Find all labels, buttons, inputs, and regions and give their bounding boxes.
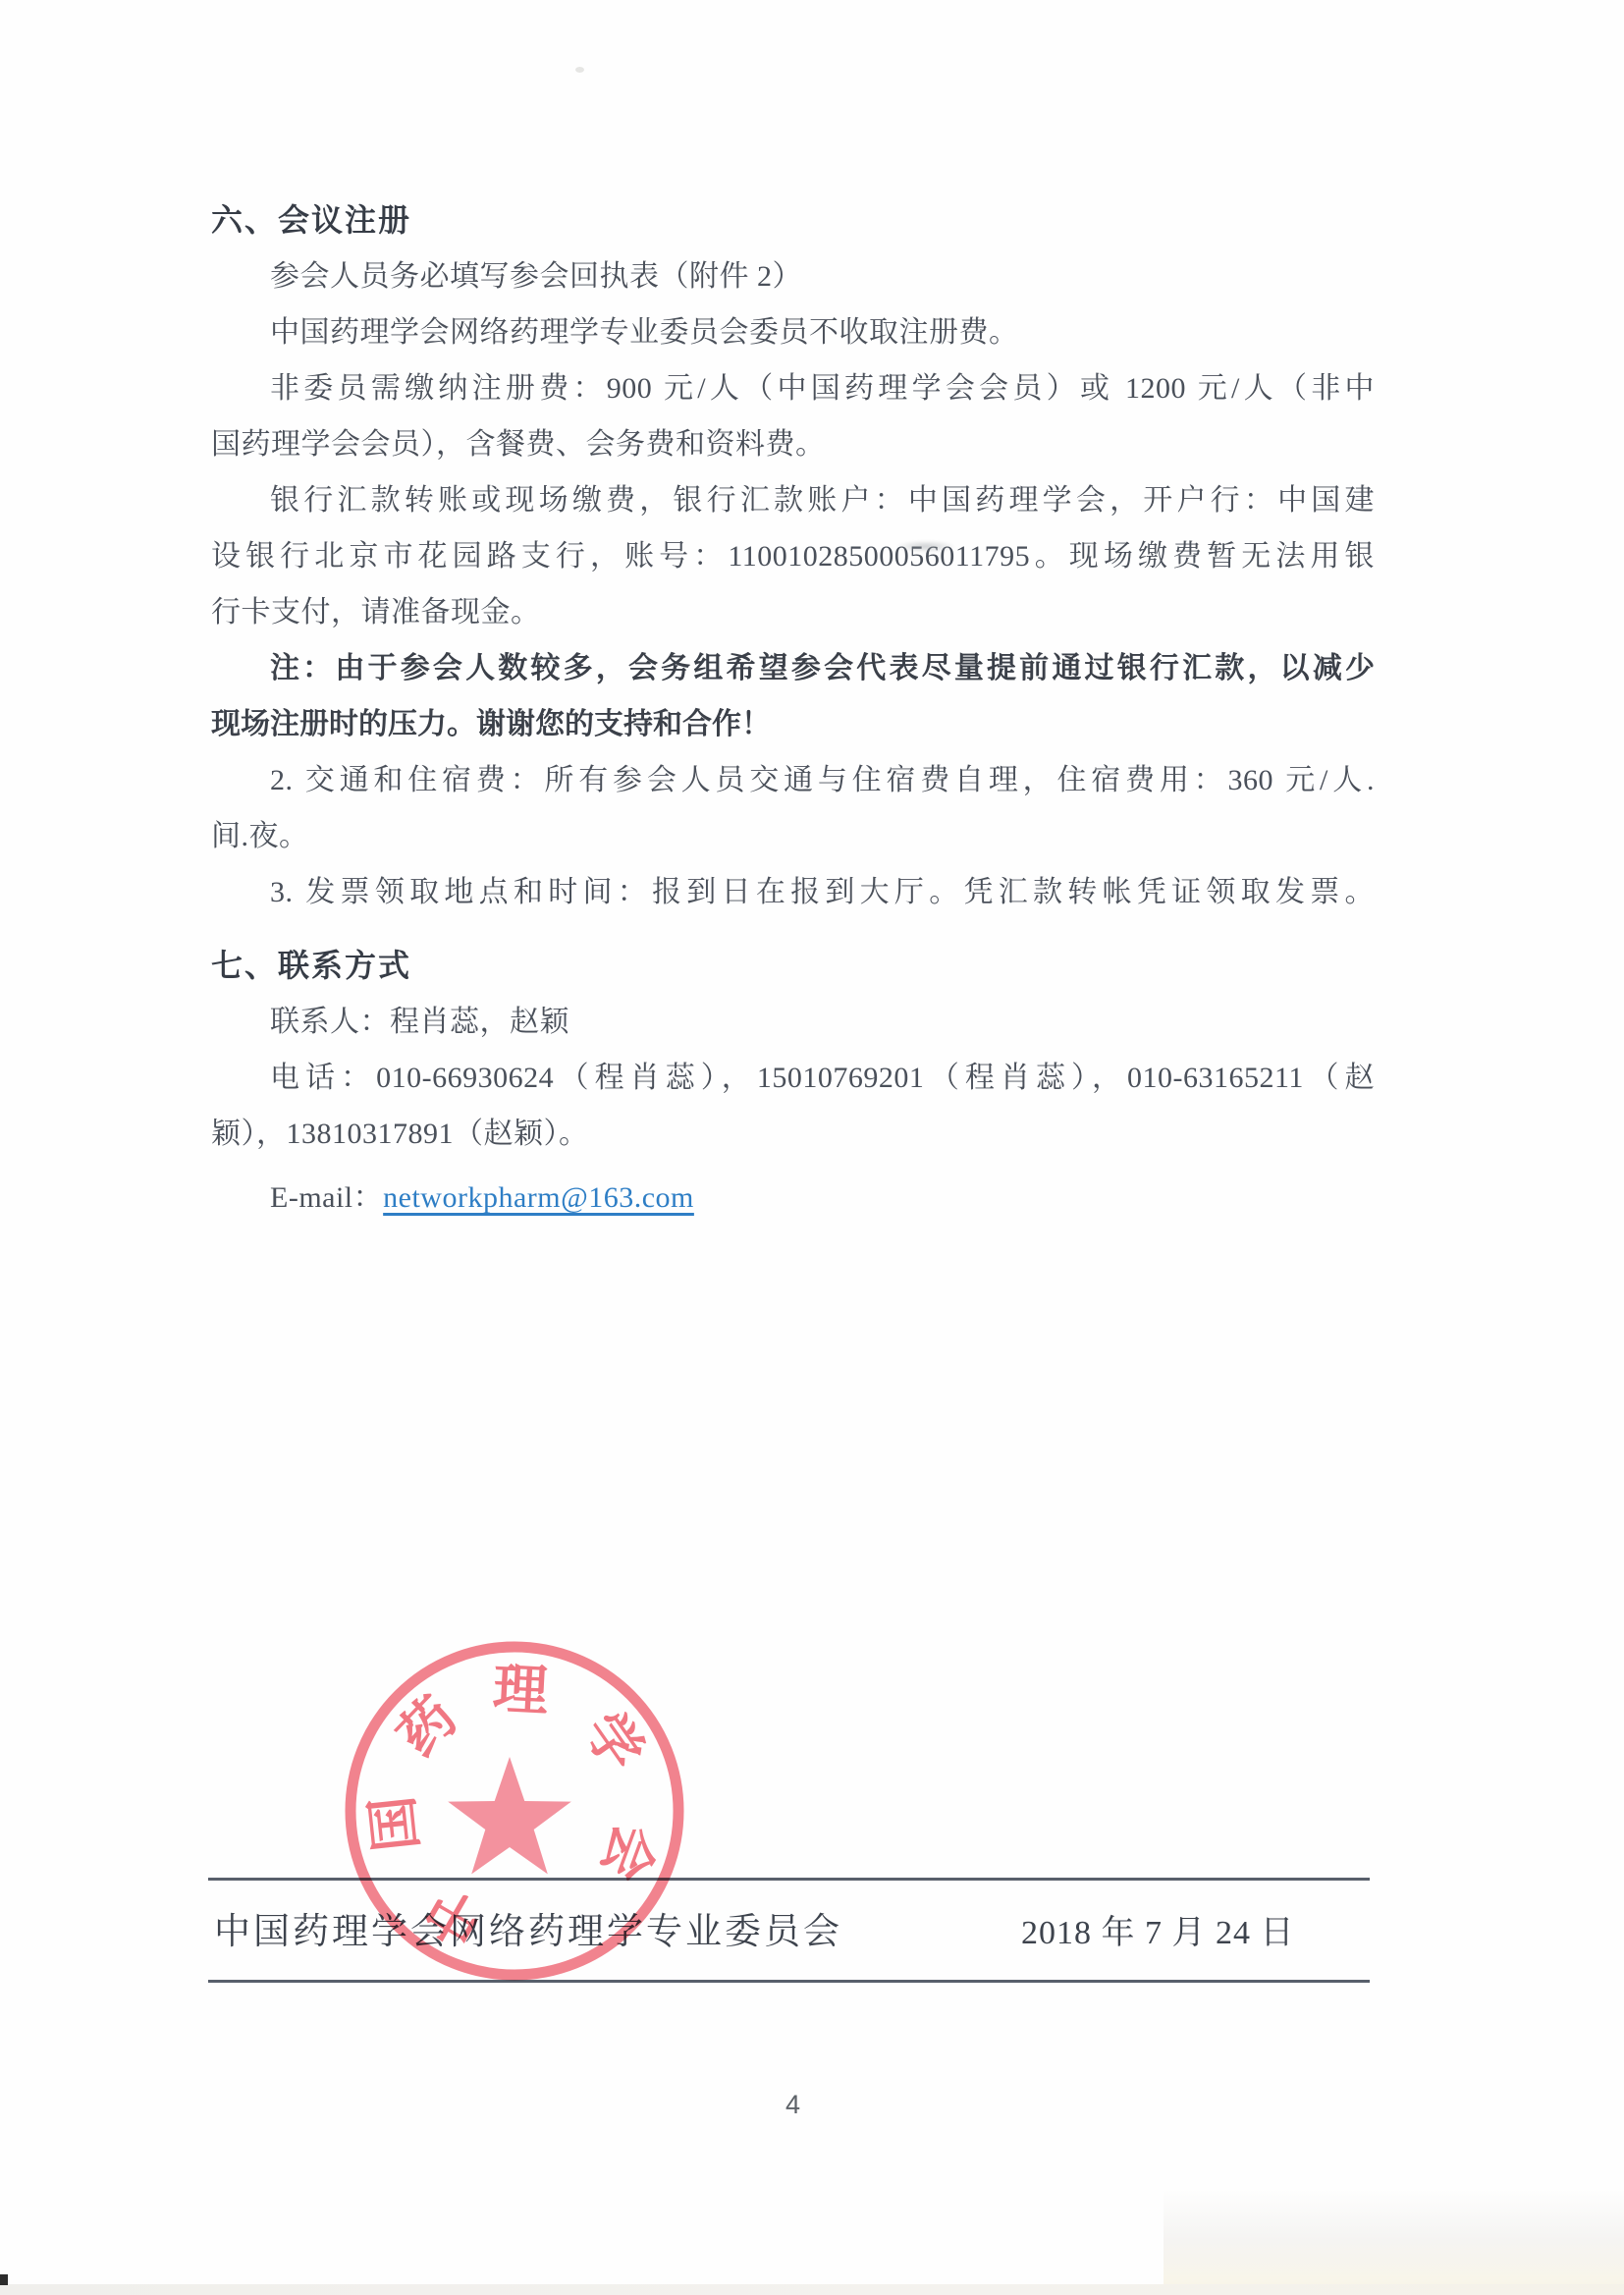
scan-shade-artifact (1164, 2188, 1624, 2284)
paragraph-line: 非委员需缴纳注册费：900 元/人（中国药理学会会员）或 1200 元/人（非中 (211, 360, 1375, 416)
note-line: 现场注册时的压力。谢谢您的支持和合作！ (211, 696, 1375, 752)
paragraph-line: 联系人：程肖蕊，赵颖 (211, 994, 1375, 1050)
paragraph-line: 参会人员务必填写参会回执表（附件 2） (211, 248, 1375, 304)
paragraph-line: 行卡支付，请准备现金。 (211, 584, 1375, 640)
paragraph-line: 2. 交通和住宿费：所有参会人员交通与住宿费自理，住宿费用：360 元/人. (211, 752, 1375, 808)
paragraph-line: 中国药理学会网络药理学专业委员会委员不收取注册费。 (211, 304, 1375, 360)
footer-rule-bottom (208, 1980, 1370, 1983)
seal-char: 学 (572, 1702, 654, 1781)
paragraph-line: 颖），13810317891（赵颖）。 (211, 1106, 1375, 1162)
paragraph-line: 间.夜。 (211, 808, 1375, 864)
note-line: 注：由于参会人数较多，会务组希望参会代表尽量提前通过银行汇款，以减少 (211, 640, 1375, 696)
paragraph-line: 国药理学会会员），含餐费、会务费和资料费。 (211, 416, 1375, 472)
paragraph-line: 银行汇款转账或现场缴费，银行汇款账户：中国药理学会，开户行：中国建 (211, 472, 1375, 528)
page-number: 4 (211, 2090, 1375, 2120)
section7-heading: 七、联系方式 (211, 938, 1375, 994)
scan-smudge-artifact (895, 540, 956, 553)
seal-char: 药 (387, 1686, 468, 1768)
email-link[interactable]: networkpharm@163.com (383, 1181, 694, 1214)
seal-star (448, 1757, 571, 1874)
email-line: E-mail：networkpharm@163.com (211, 1170, 1375, 1226)
section6-heading: 六、会议注册 (211, 192, 1375, 248)
signature-organization: 中国药理学会网络药理学专业委员会 (214, 1901, 842, 1954)
document-body: 六、会议注册 参会人员务必填写参会回执表（附件 2） 中国药理学会网络药理学专业… (211, 192, 1375, 1226)
scan-edge-strip (0, 2284, 1624, 2295)
email-label: E-mail： (270, 1181, 383, 1214)
signature-date: 2018 年 7 月 24 日 (1021, 1905, 1295, 1953)
footer-rule-top (208, 1878, 1370, 1881)
scan-mark-artifact (0, 2274, 8, 2285)
seal-char: 国 (362, 1793, 429, 1854)
paragraph-line: 3. 发票领取地点和时间：报到日在报到大厅。凭汇款转帐凭证领取发票。 (211, 864, 1375, 920)
paragraph-line: 电话：010-66930624（程肖蕊），15010769201（程肖蕊），01… (211, 1050, 1375, 1106)
paragraph-line: 设银行北京市花园路支行，账号：11001028500056011795。现场缴费… (211, 528, 1375, 584)
scanned-document-page: 六、会议注册 参会人员务必填写参会回执表（附件 2） 中国药理学会网络药理学专业… (0, 0, 1624, 2295)
scan-speck-artifact (575, 67, 584, 73)
seal-char: 理 (491, 1660, 549, 1723)
